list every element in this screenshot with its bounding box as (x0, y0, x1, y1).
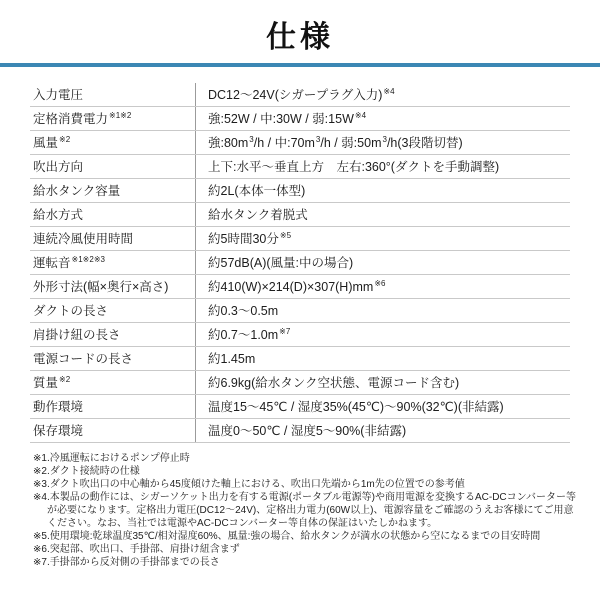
footnote: ※3.ダクト吹出口の中心軸から45度傾けた軸上における、吹出口先端から1m先の位… (33, 478, 576, 491)
spec-row-value: 約0.7〜1.0m※7 (196, 323, 570, 346)
spec-row-value: 約5時間30分※5 (196, 227, 570, 250)
spec-table-row: 風量※2強:80m3/h / 中:70m3/h / 弱:50m3/h(3段階切替… (30, 131, 570, 155)
spec-row-label: 肩掛け紐の長さ (30, 323, 196, 346)
spec-table-row: 外形寸法(幅×奥行×高さ)約410(W)×214(D)×307(H)mm※6 (30, 275, 570, 299)
spec-row-label: 運転音※1※2※3 (30, 251, 196, 274)
footnote-ref-superscript: ※6 (374, 279, 385, 288)
spec-row-label: 外形寸法(幅×奥行×高さ) (30, 275, 196, 298)
spec-row-label: 給水方式 (30, 203, 196, 226)
spec-row-value: 上下:水平〜垂直上方 左右:360°(ダクトを手動調整) (196, 155, 570, 178)
footnote-ref-superscript: ※5 (280, 231, 291, 240)
spec-row-value: 約0.3〜0.5m (196, 299, 570, 322)
spec-row-value: 約2L(本体一体型) (196, 179, 570, 202)
spec-table-row: 吹出方向上下:水平〜垂直上方 左右:360°(ダクトを手動調整) (30, 155, 570, 179)
footnote-ref-superscript: 3 (249, 135, 253, 144)
spec-row-label: 定格消費電力※1※2 (30, 107, 196, 130)
footnote-ref-superscript: ※1※2 (109, 111, 131, 120)
spec-row-value: 強:80m3/h / 中:70m3/h / 弱:50m3/h(3段階切替) (196, 131, 570, 154)
spec-table-row: 運転音※1※2※3約57dB(A)(風量:中の場合) (30, 251, 570, 275)
title-divider-rule (0, 63, 600, 67)
page-title: 仕様 (0, 0, 600, 56)
footnote: ※6.突起部、吹出口、手掛部、肩掛け紐含まず (33, 543, 576, 556)
spec-row-label: 保存環境 (30, 419, 196, 442)
spec-row-label: 質量※2 (30, 371, 196, 394)
footnote: ※7.手掛部から反対側の手掛部までの長さ (33, 556, 576, 569)
spec-row-value: 約6.9kg(給水タンク空状態、電源コード含む) (196, 371, 570, 394)
spec-table-row: 保存環境温度0〜50℃ / 湿度5〜90%(非結露) (30, 419, 570, 443)
footnote-ref-superscript: ※1※2※3 (72, 255, 105, 264)
spec-row-label: 給水タンク容量 (30, 179, 196, 202)
footnote-ref-superscript: ※4 (355, 111, 366, 120)
spec-table-row: 連続冷風使用時間約5時間30分※5 (30, 227, 570, 251)
spec-row-label: ダクトの長さ (30, 299, 196, 322)
footnote-ref-superscript: 3 (316, 135, 320, 144)
spec-table-row: 給水方式給水タンク着脱式 (30, 203, 570, 227)
spec-row-value: 給水タンク着脱式 (196, 203, 570, 226)
footnote-ref-superscript: ※2 (59, 375, 70, 384)
footnote-ref-superscript: ※2 (59, 135, 70, 144)
spec-row-value: 約57dB(A)(風量:中の場合) (196, 251, 570, 274)
footnote: ※5.使用環境:乾球温度35℃/相対湿度60%、風量:強の場合、給水タンクが満水… (33, 530, 576, 543)
spec-table-row: 肩掛け紐の長さ約0.7〜1.0m※7 (30, 323, 570, 347)
footnote: ※1.冷風運転におけるポンプ停止時 (33, 452, 576, 465)
spec-table: 入力電圧DC12〜24V(シガープラグ入力)※4定格消費電力※1※2強:52W … (30, 83, 570, 443)
spec-sheet-page: 仕様 入力電圧DC12〜24V(シガープラグ入力)※4定格消費電力※1※2強:5… (0, 0, 600, 600)
spec-row-label: 入力電圧 (30, 83, 196, 106)
spec-table-row: 給水タンク容量約2L(本体一体型) (30, 179, 570, 203)
footnote-ref-superscript: ※7 (279, 327, 290, 336)
spec-table-row: 入力電圧DC12〜24V(シガープラグ入力)※4 (30, 83, 570, 107)
spec-row-value: DC12〜24V(シガープラグ入力)※4 (196, 83, 570, 106)
spec-row-value: 約410(W)×214(D)×307(H)mm※6 (196, 275, 570, 298)
footnote: ※2.ダクト接続時の仕様 (33, 465, 576, 478)
spec-row-label: 連続冷風使用時間 (30, 227, 196, 250)
spec-table-row: 定格消費電力※1※2強:52W / 中:30W / 弱:15W※4 (30, 107, 570, 131)
spec-table-row: ダクトの長さ約0.3〜0.5m (30, 299, 570, 323)
spec-row-label: 吹出方向 (30, 155, 196, 178)
spec-row-value: 温度0〜50℃ / 湿度5〜90%(非結露) (196, 419, 570, 442)
spec-row-value: 強:52W / 中:30W / 弱:15W※4 (196, 107, 570, 130)
spec-row-label: 動作環境 (30, 395, 196, 418)
spec-table-row: 質量※2約6.9kg(給水タンク空状態、電源コード含む) (30, 371, 570, 395)
spec-table-row: 動作環境温度15〜45℃ / 湿度35%(45℃)〜90%(32℃)(非結露) (30, 395, 570, 419)
footnotes-list: ※1.冷風運転におけるポンプ停止時※2.ダクト接続時の仕様※3.ダクト吹出口の中… (33, 452, 576, 569)
spec-row-value: 約1.45m (196, 347, 570, 370)
footnote-ref-superscript: 3 (382, 135, 386, 144)
spec-row-label: 風量※2 (30, 131, 196, 154)
footnote-ref-superscript: ※4 (383, 87, 394, 96)
spec-table-row: 電源コードの長さ約1.45m (30, 347, 570, 371)
spec-row-value: 温度15〜45℃ / 湿度35%(45℃)〜90%(32℃)(非結露) (196, 395, 570, 418)
spec-row-label: 電源コードの長さ (30, 347, 196, 370)
footnote: ※4.本製品の動作には、シガーソケット出力を有する電源(ポータブル電源等)や商用… (33, 491, 576, 530)
